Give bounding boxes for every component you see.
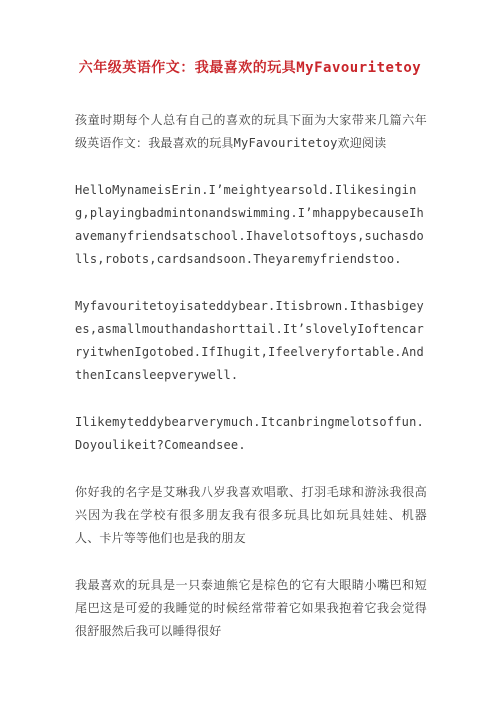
paragraph-english-3: Ilikemyteddybearverymuch.Itcanbringmelot… — [75, 411, 427, 457]
paragraph-chinese-translation-2: 我最喜欢的玩具是一只泰迪熊它是棕色的它有大眼睛小嘴巴和短尾巴这是可爱的我睡觉的时… — [75, 574, 427, 643]
paragraph-chinese-translation-1: 你好我的名字是艾琳我八岁我喜欢唱歌、打羽毛球和游泳我很高兴因为我在学校有很多朋友… — [75, 481, 427, 550]
paragraph-english-2: Myfavouritetoyisateddybear.Itisbrown.Ith… — [75, 295, 427, 387]
document-page: 六年级英语作文：我最喜欢的玩具MyFavouritetoy 孩童时期每个人总有自… — [0, 0, 500, 708]
document-title: 六年级英语作文：我最喜欢的玩具MyFavouritetoy — [0, 0, 500, 79]
document-body: 孩童时期每个人总有自己的喜欢的玩具下面为大家带来几篇六年级英语作文：我最喜欢的玩… — [75, 109, 427, 643]
paragraph-english-1: HelloMynameisErin.I’meightyearsold.Ilike… — [75, 179, 427, 271]
paragraph-intro: 孩童时期每个人总有自己的喜欢的玩具下面为大家带来几篇六年级英语作文：我最喜欢的玩… — [75, 109, 427, 155]
